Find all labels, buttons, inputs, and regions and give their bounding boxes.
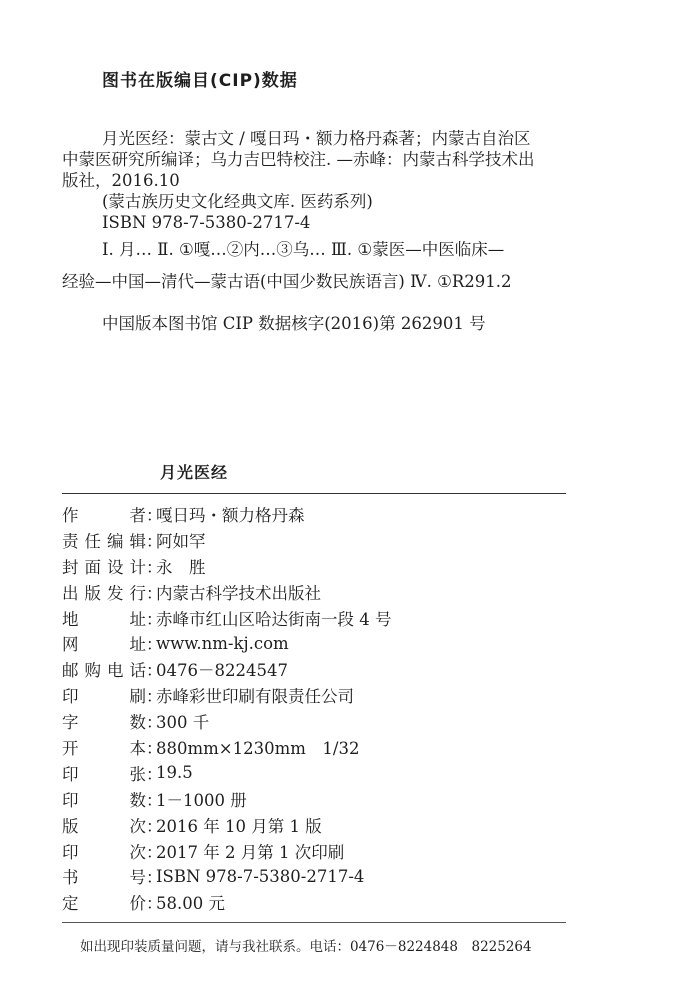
info-label-char: 封	[62, 554, 79, 578]
info-label-char: 址	[130, 606, 147, 630]
info-value: 阿如罕	[156, 528, 206, 552]
cip-classification: Ⅰ. 月… Ⅱ. ①嘎…②内…③乌… Ⅲ. ①蒙医—中医临床— 经验—中国—清代…	[62, 234, 602, 298]
classification-line: Ⅰ. 月… Ⅱ. ①嘎…②内…③乌… Ⅲ. ①蒙医—中医临床—	[62, 234, 602, 266]
info-label: 印张	[62, 761, 146, 785]
info-value: 赤峰彩世印刷有限责任公司	[156, 683, 354, 707]
info-label-char: 开	[62, 735, 79, 759]
cip-record-line: 月光医经：蒙古文 / 嘎日玛・额力格丹森著；内蒙古自治区	[62, 128, 602, 149]
cip-series-line: (蒙古族历史文化经典文库. 医药系列)	[62, 191, 602, 212]
info-label-char: 版	[85, 580, 102, 604]
cip-number: 中国版本图书馆 CIP 数据核字(2016)第 262901 号	[102, 310, 486, 334]
info-label-char: 次	[130, 813, 147, 837]
info-label-char: 出	[62, 580, 79, 604]
info-label: 开本	[62, 735, 146, 759]
info-colon: ：	[146, 528, 156, 552]
info-label-char: 者	[130, 502, 147, 526]
info-value: 19.5	[156, 763, 193, 782]
info-label-char: 作	[62, 502, 79, 526]
info-label: 出版发行	[62, 580, 146, 604]
cip-record: 月光医经：蒙古文 / 嘎日玛・额力格丹森著；内蒙古自治区 中蒙医研究所编译；乌力…	[62, 128, 602, 233]
info-value: ISBN 978-7-5380-2717-4	[156, 867, 364, 886]
info-label: 印数	[62, 787, 146, 811]
classification-line: 经验—中国—清代—蒙古语(中国少数民族语言) Ⅳ. ①R291.2	[62, 266, 602, 298]
bottom-divider	[62, 922, 566, 923]
info-label-char: 计	[130, 554, 147, 578]
info-colon: ：	[146, 683, 156, 707]
info-label: 版次	[62, 813, 146, 837]
info-label-char: 辑	[130, 528, 147, 552]
info-label-char: 字	[62, 709, 79, 733]
info-value: 880mm×1230mm 1/32	[156, 735, 359, 759]
info-label-char: 印	[62, 683, 79, 707]
info-colon: ：	[146, 631, 156, 655]
info-label-char: 址	[130, 631, 147, 655]
info-label-char: 印	[62, 761, 79, 785]
info-label: 作者	[62, 502, 146, 526]
info-colon: ：	[146, 787, 156, 811]
info-colon: ：	[146, 709, 156, 733]
info-colon: ：	[146, 813, 156, 837]
info-value: 1－1000 册	[156, 787, 247, 811]
info-colon: ：	[146, 606, 156, 630]
info-label: 邮购电话	[62, 657, 146, 681]
info-value: 2017 年 2 月第 1 次印刷	[156, 839, 344, 863]
info-row: 定价：58.00 元	[62, 889, 392, 915]
info-value: 内蒙古科学技术出版社	[156, 580, 321, 604]
info-row: 地址：赤峰市红山区哈达街南一段 4 号	[62, 605, 392, 631]
info-label: 定价	[62, 890, 146, 914]
info-colon: ：	[146, 502, 156, 526]
info-colon: ：	[146, 761, 156, 785]
info-label: 封面设计	[62, 554, 146, 578]
info-label: 责任编辑	[62, 528, 146, 552]
info-row: 责任编辑：阿如罕	[62, 527, 392, 553]
info-label-char: 书	[62, 864, 79, 888]
book-info-table: 作者：嘎日玛・额力格丹森责任编辑：阿如罕封面设计：永 胜出版发行：内蒙古科学技术…	[62, 501, 392, 915]
info-value: 300 千	[156, 709, 209, 733]
info-row: 作者：嘎日玛・额力格丹森	[62, 501, 392, 527]
info-row: 印次：2017 年 2 月第 1 次印刷	[62, 838, 392, 864]
info-label: 字数	[62, 709, 146, 733]
info-label-char: 任	[85, 528, 102, 552]
info-label-char: 网	[62, 631, 79, 655]
info-label-char: 面	[85, 554, 102, 578]
info-label-char: 责	[62, 528, 79, 552]
info-row: 印数：1－1000 册	[62, 786, 392, 812]
info-label-char: 发	[107, 580, 124, 604]
info-colon: ：	[146, 735, 156, 759]
info-label-char: 数	[130, 787, 147, 811]
info-label-char: 价	[130, 890, 147, 914]
info-label-char: 印	[62, 787, 79, 811]
info-label-char: 邮	[62, 657, 79, 681]
cip-record-line: 中蒙医研究所编译；乌力吉巴特校注. —赤峰：内蒙古科学技术出	[62, 149, 602, 170]
cip-record-line: 版社，2016.10	[62, 170, 602, 191]
info-label: 印刷	[62, 683, 146, 707]
info-label-char: 刷	[130, 683, 147, 707]
info-label-char: 本	[130, 735, 147, 759]
info-value: 2016 年 10 月第 1 版	[156, 813, 322, 837]
info-label-char: 号	[130, 864, 147, 888]
info-label: 印次	[62, 839, 146, 863]
book-title: 月光医经	[160, 460, 228, 483]
info-label-char: 印	[62, 839, 79, 863]
info-row: 封面设计：永 胜	[62, 553, 392, 579]
cip-isbn-line: ISBN 978-7-5380-2717-4	[62, 212, 602, 233]
info-label: 书号	[62, 864, 146, 888]
info-label: 网址	[62, 631, 146, 655]
quality-notice: 如出现印装质量问题，请与我社联系。电话：0476－8224848 8225264	[80, 935, 532, 955]
info-label-char: 版	[62, 813, 79, 837]
info-row: 书号：ISBN 978-7-5380-2717-4	[62, 863, 392, 889]
info-label-char: 编	[107, 528, 124, 552]
info-colon: ：	[146, 657, 156, 681]
info-label: 地址	[62, 606, 146, 630]
info-colon: ：	[146, 839, 156, 863]
info-value: 永 胜	[156, 554, 206, 578]
info-label-char: 地	[62, 606, 79, 630]
info-row: 印刷：赤峰彩世印刷有限责任公司	[62, 682, 392, 708]
top-divider	[62, 493, 566, 494]
info-label-char: 数	[130, 709, 147, 733]
info-row: 版次：2016 年 10 月第 1 版	[62, 812, 392, 838]
info-label-char: 电	[107, 657, 124, 681]
info-row: 网址：www.nm-kj.com	[62, 630, 392, 656]
info-row: 开本：880mm×1230mm 1/32	[62, 734, 392, 760]
info-label-char: 张	[130, 761, 147, 785]
cip-heading: 图书在版编目(CIP)数据	[102, 66, 298, 91]
info-colon: ：	[146, 890, 156, 914]
info-value: www.nm-kj.com	[156, 634, 289, 653]
info-row: 字数：300 千	[62, 708, 392, 734]
info-value: 0476－8224547	[156, 657, 288, 681]
info-row: 出版发行：内蒙古科学技术出版社	[62, 579, 392, 605]
info-label-char: 购	[85, 657, 102, 681]
info-label-char: 次	[130, 839, 147, 863]
info-value: 嘎日玛・额力格丹森	[156, 502, 305, 526]
info-label-char: 设	[107, 554, 124, 578]
info-colon: ：	[146, 864, 156, 888]
info-colon: ：	[146, 554, 156, 578]
info-colon: ：	[146, 580, 156, 604]
info-label-char: 话	[130, 657, 147, 681]
info-row: 印张：19.5	[62, 760, 392, 786]
info-value: 58.00 元	[156, 890, 225, 914]
info-label-char: 定	[62, 890, 79, 914]
info-row: 邮购电话：0476－8224547	[62, 656, 392, 682]
info-label-char: 行	[130, 580, 147, 604]
info-value: 赤峰市红山区哈达街南一段 4 号	[156, 606, 392, 630]
